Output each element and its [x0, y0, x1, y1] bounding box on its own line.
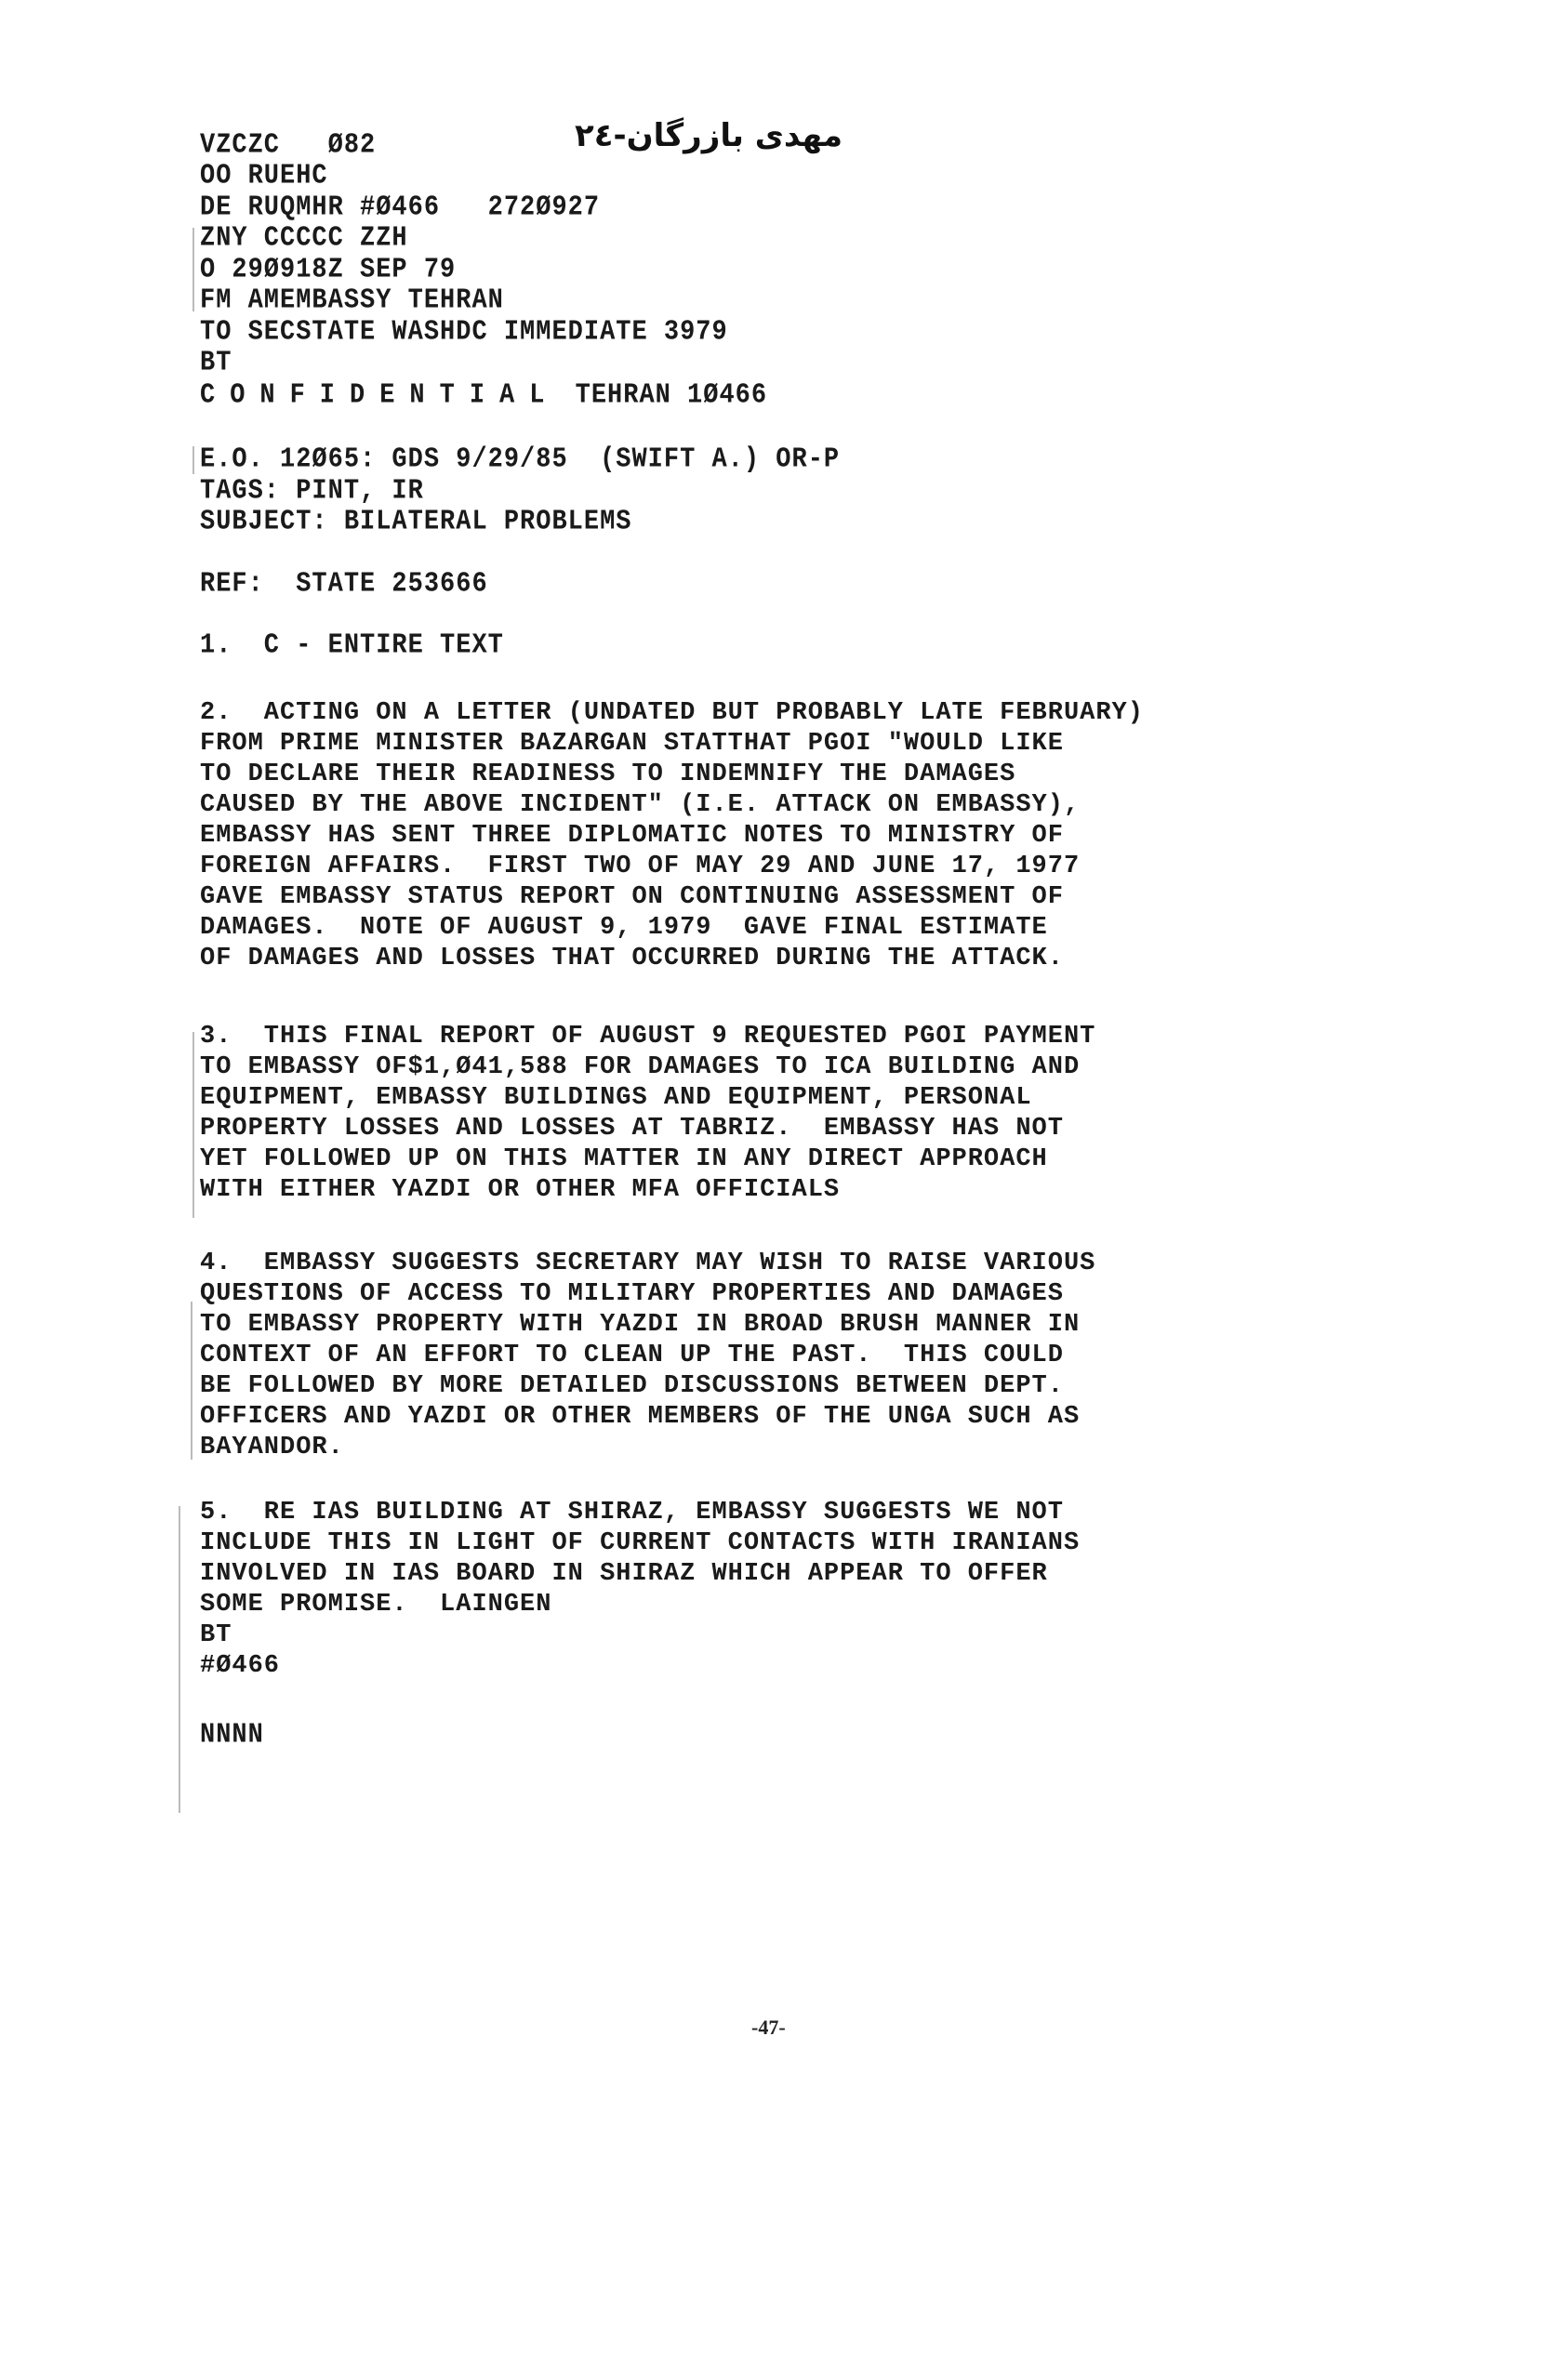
paragraph-line: CONTEXT OF AN EFFORT TO CLEAN UP THE PAS…: [200, 1342, 1095, 1372]
paragraph-line: SOME PROMISE. LAINGEN: [200, 1591, 1080, 1621]
paragraph-line: INCLUDE THIS IN LIGHT OF CURRENT CONTACT…: [200, 1529, 1080, 1560]
paragraph-line: FROM PRIME MINISTER BAZARGAN STATTHAT PG…: [200, 730, 1144, 760]
routing-line-5: O 29Ø918Z SEP 79: [200, 255, 456, 286]
routing-line-2: OO RUEHC: [200, 161, 328, 192]
paragraph-3: 3. THIS FINAL REPORT OF AUGUST 9 REQUEST…: [200, 1023, 1095, 1207]
footer-bt: BT: [200, 1621, 1080, 1652]
paragraph-line: OF DAMAGES AND LOSSES THAT OCCURRED DURI…: [200, 945, 1144, 975]
paragraph-line: BE FOLLOWED BY MORE DETAILED DISCUSSIONS…: [200, 1372, 1095, 1403]
paragraph-line: TO EMBASSY PROPERTY WITH YAZDI IN BROAD …: [200, 1311, 1095, 1342]
routing-line-7: TO SECSTATE WASHDC IMMEDIATE 3979: [200, 317, 728, 349]
paragraph-line: OFFICERS AND YAZDI OR OTHER MEMBERS OF T…: [200, 1403, 1095, 1434]
paragraph-line: TO EMBASSY OF$1,Ø41,588 FOR DAMAGES TO I…: [200, 1053, 1095, 1084]
routing-line-4: ZNY CCCCC ZZH: [200, 223, 408, 255]
paragraph-line: EQUIPMENT, EMBASSY BUILDINGS AND EQUIPME…: [200, 1084, 1095, 1115]
paragraph-line: EMBASSY HAS SENT THREE DIPLOMATIC NOTES …: [200, 822, 1144, 853]
paragraph-line: 4. EMBASSY SUGGESTS SECRETARY MAY WISH T…: [200, 1249, 1095, 1280]
paragraph-line: YET FOLLOWED UP ON THIS MATTER IN ANY DI…: [200, 1145, 1095, 1176]
paragraph-line: 3. THIS FINAL REPORT OF AUGUST 9 REQUEST…: [200, 1023, 1095, 1053]
eo-line: E.O. 12Ø65: GDS 9/29/85 (SWIFT A.) OR-P: [200, 444, 840, 476]
paragraph-line: TO DECLARE THEIR READINESS TO INDEMNIFY …: [200, 760, 1144, 791]
ref-line: REF: STATE 253666: [200, 569, 488, 601]
paragraph-line: BAYANDOR.: [200, 1434, 1095, 1464]
paragraph-line: PROPERTY LOSSES AND LOSSES AT TABRIZ. EM…: [200, 1115, 1095, 1145]
routing-line-1: VZCZC Ø82: [200, 130, 376, 162]
scan-margin-mark: [191, 1302, 192, 1460]
paragraph-line: WITH EITHER YAZDI OR OTHER MFA OFFICIALS: [200, 1176, 1095, 1207]
paragraph-1: 1. C - ENTIRE TEXT: [200, 630, 504, 662]
paragraph-line: INVOLVED IN IAS BOARD IN SHIRAZ WHICH AP…: [200, 1560, 1080, 1591]
paragraph-line: CAUSED BY THE ABOVE INCIDENT" (I.E. ATTA…: [200, 791, 1144, 822]
routing-line-3: DE RUQMHR #Ø466 272Ø927: [200, 192, 600, 224]
classification-line: CONFIDENTIAL TEHRAN 1Ø466: [200, 380, 767, 412]
persian-annotation: مهدی بازرگان-۲٤: [575, 117, 843, 154]
classification-label: CONFIDENTIAL: [200, 380, 559, 412]
paragraph-5: 5. RE IAS BUILDING AT SHIRAZ, EMBASSY SU…: [200, 1499, 1080, 1683]
scan-margin-mark: [192, 446, 194, 474]
paragraph-4: 4. EMBASSY SUGGESTS SECRETARY MAY WISH T…: [200, 1249, 1095, 1464]
subject-line: SUBJECT: BILATERAL PROBLEMS: [200, 507, 631, 538]
paragraph-2: 2. ACTING ON A LETTER (UNDATED BUT PROBA…: [200, 699, 1144, 975]
paragraph-line: QUESTIONS OF ACCESS TO MILITARY PROPERTI…: [200, 1280, 1095, 1311]
document-page: مهدی بازرگان-۲٤ VZCZC Ø82 OO RUEHC DE RU…: [0, 0, 1566, 2380]
scan-margin-mark: [192, 1032, 194, 1218]
paragraph-line: GAVE EMBASSY STATUS REPORT ON CONTINUING…: [200, 883, 1144, 914]
paragraph-line: 2. ACTING ON A LETTER (UNDATED BUT PROBA…: [200, 699, 1144, 730]
page-number: -47-: [751, 2016, 786, 2040]
classification-origin: TEHRAN 1Ø466: [576, 380, 767, 412]
paragraph-line: FOREIGN AFFAIRS. FIRST TWO OF MAY 29 AND…: [200, 853, 1144, 883]
routing-line-6: FM AMEMBASSY TEHRAN: [200, 285, 504, 317]
routing-line-8: BT: [200, 348, 232, 379]
scan-margin-mark: [179, 1506, 180, 1813]
tags-line: TAGS: PINT, IR: [200, 476, 424, 508]
paragraph-line: 5. RE IAS BUILDING AT SHIRAZ, EMBASSY SU…: [200, 1499, 1080, 1529]
paragraph-line: DAMAGES. NOTE OF AUGUST 9, 1979 GAVE FIN…: [200, 914, 1144, 945]
scan-margin-mark: [192, 228, 194, 311]
footer-message-number: #Ø466: [200, 1652, 1080, 1683]
footer-end-marker: NNNN: [200, 1720, 264, 1752]
